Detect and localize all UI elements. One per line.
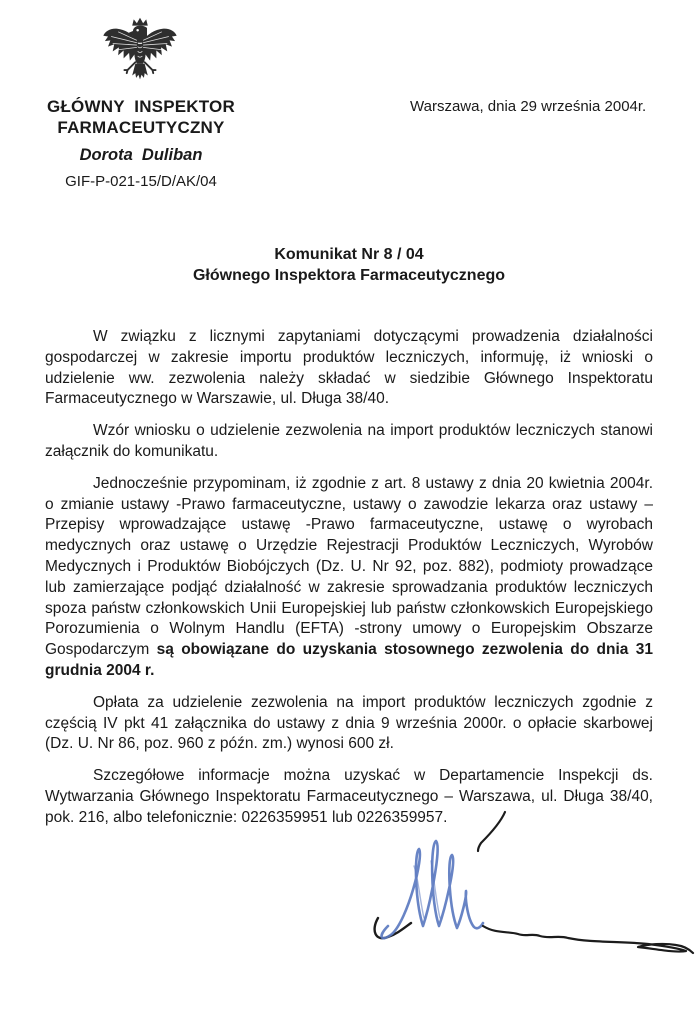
paragraph-fee: Opłata za udzielenie zezwolenia na impor… <box>45 693 653 755</box>
letterhead: GŁÓWNY INSPEKTOR FARMACEUTYCZNY Dorota D… <box>31 96 251 191</box>
letter-body: W związku z licznymi zapytaniami dotyczą… <box>45 327 653 840</box>
paragraph-legal-basis-text: Jednocześnie przypominam, iż zgodnie z a… <box>45 475 653 658</box>
signatory-name: Dorota Duliban <box>31 145 251 165</box>
reference-number: GIF-P-021-15/D/AK/04 <box>31 172 251 191</box>
scanned-letter-page: GŁÓWNY INSPEKTOR FARMACEUTYCZNY Dorota D… <box>0 0 700 1024</box>
office-name-line1: GŁÓWNY INSPEKTOR <box>31 96 251 117</box>
place-and-date: Warszawa, dnia 29 września 2004r. <box>410 97 646 116</box>
polish-eagle-icon <box>101 17 179 89</box>
handwritten-signature-icon <box>368 806 696 958</box>
paragraph-applications: W związku z licznymi zapytaniami dotyczą… <box>45 327 653 410</box>
title-line1: Komunikat Nr 8 / 04 <box>45 244 653 265</box>
paragraph-form-attachment: Wzór wniosku o udzielenie zezwolenia na … <box>45 421 653 463</box>
office-name-line2: FARMACEUTYCZNY <box>31 117 251 138</box>
title-line2: Głównego Inspektora Farmaceutycznego <box>45 265 653 286</box>
paragraph-legal-basis: Jednocześnie przypominam, iż zgodnie z a… <box>45 474 653 682</box>
communique-title: Komunikat Nr 8 / 04 Głównego Inspektora … <box>45 244 653 286</box>
